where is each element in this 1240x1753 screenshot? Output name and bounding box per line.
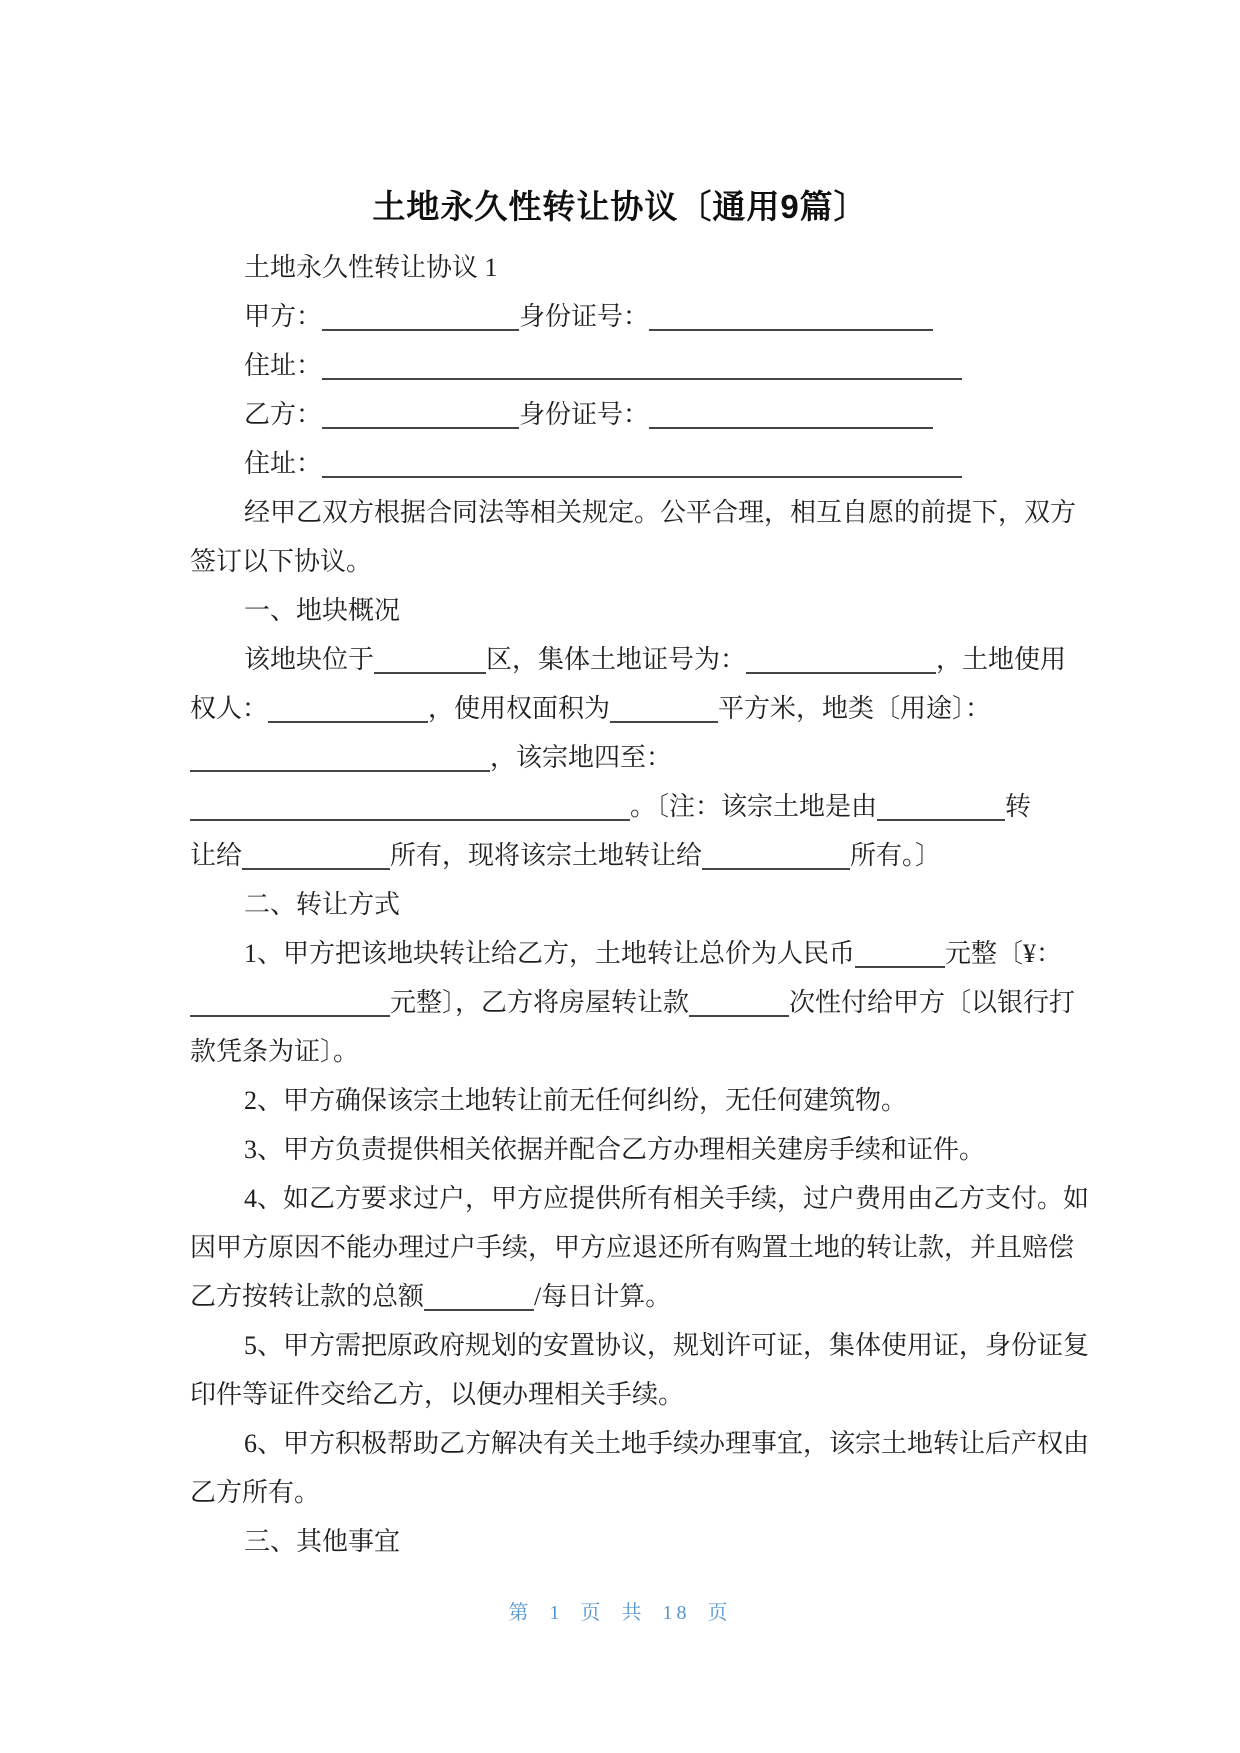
document-page: 土地永久性转让协议〔通用9篇〕 土地永久性转让协议 1甲方：身份证号：住址：乙方… bbox=[0, 0, 1240, 1753]
text-run: 签订以下协议。 bbox=[190, 547, 372, 576]
blank-field bbox=[190, 1009, 390, 1017]
blank-field bbox=[610, 715, 718, 723]
text-run: 身份证号： bbox=[519, 302, 649, 331]
document-line: 1、甲方把该地块转让给乙方，土地转让总价为人民币元整〔¥： bbox=[190, 929, 1090, 978]
document-line: 三、其他事宜 bbox=[190, 1517, 1090, 1566]
document-line: 乙方所有。 bbox=[190, 1468, 1090, 1517]
text-run: 转 bbox=[1005, 792, 1031, 821]
text-run: ，土地使用 bbox=[936, 645, 1066, 674]
document-line: 权人：，使用权面积为平方米，地类〔用途〕： bbox=[190, 684, 1090, 733]
text-run: 该地块位于 bbox=[244, 645, 374, 674]
blank-field bbox=[242, 862, 390, 870]
text-run: 经甲乙双方根据合同法等相关规定。公平合理，相互自愿的前提下，双方 bbox=[244, 498, 1076, 527]
text-run: 3、甲方负责提供相关依据并配合乙方办理相关建房手续和证件。 bbox=[244, 1135, 985, 1164]
document-line: 二、转让方式 bbox=[190, 880, 1090, 929]
text-run: 所有。〕 bbox=[850, 841, 941, 870]
text-run: 款凭条为证〕。 bbox=[190, 1037, 359, 1066]
blank-field bbox=[322, 470, 962, 478]
document-line: 甲方：身份证号： bbox=[190, 292, 1090, 341]
text-run: 一、地块概况 bbox=[244, 596, 400, 625]
blank-field bbox=[268, 715, 428, 723]
text-run: 让给 bbox=[190, 841, 242, 870]
document-line: 5、甲方需把原政府规划的安置协议，规划许可证，集体使用证，身份证复 bbox=[190, 1321, 1090, 1370]
document-line: 让给所有，现将该宗土地转让给所有。〕 bbox=[190, 831, 1090, 880]
text-run: 1、甲方把该地块转让给乙方，土地转让总价为人民币 bbox=[244, 939, 855, 968]
blank-field bbox=[322, 323, 519, 331]
blank-field bbox=[877, 813, 1005, 821]
document-line: 3、甲方负责提供相关依据并配合乙方办理相关建房手续和证件。 bbox=[190, 1125, 1090, 1174]
text-run: 。〔注：该宗土地是由 bbox=[630, 792, 877, 821]
blank-field bbox=[649, 323, 933, 331]
document-line: 乙方：身份证号： bbox=[190, 390, 1090, 439]
document-line: 元整〕，乙方将房屋转让款次性付给甲方〔以银行打 bbox=[190, 978, 1090, 1027]
blank-field bbox=[322, 421, 519, 429]
text-run: 乙方所有。 bbox=[190, 1478, 320, 1507]
document-line: 款凭条为证〕。 bbox=[190, 1027, 1090, 1076]
text-run: 因甲方原因不能办理过户手续，甲方应退还所有购置土地的转让款，并且赔偿 bbox=[190, 1233, 1074, 1262]
text-run: 权人： bbox=[190, 694, 268, 723]
text-run: 6、甲方积极帮助乙方解决有关土地手续办理事宜，该宗土地转让后产权由 bbox=[244, 1429, 1089, 1458]
text-run: 住址： bbox=[244, 449, 322, 478]
text-run: 所有，现将该宗土地转让给 bbox=[390, 841, 702, 870]
document-line: ，该宗地四至： bbox=[190, 733, 1090, 782]
blank-field bbox=[374, 666, 486, 674]
text-run: 身份证号： bbox=[519, 400, 649, 429]
text-run: 5、甲方需把原政府规划的安置协议，规划许可证，集体使用证，身份证复 bbox=[244, 1331, 1089, 1360]
document-line: 4、如乙方要求过户，甲方应提供所有相关手续，过户费用由乙方支付。如 bbox=[190, 1174, 1090, 1223]
document-line: 印件等证件交给乙方，以便办理相关手续。 bbox=[190, 1370, 1090, 1419]
text-run: ，该宗地四至： bbox=[490, 743, 672, 772]
text-run: 元整〔¥： bbox=[945, 939, 1062, 968]
document-title: 土地永久性转让协议〔通用9篇〕 bbox=[0, 188, 1240, 226]
blank-field bbox=[190, 764, 490, 772]
text-run: ，使用权面积为 bbox=[428, 694, 610, 723]
document-line: 。〔注：该宗土地是由转 bbox=[190, 782, 1090, 831]
text-run: 甲方： bbox=[244, 302, 322, 331]
blank-field bbox=[190, 813, 630, 821]
text-run: 2、甲方确保该宗土地转让前无任何纠纷，无任何建筑物。 bbox=[244, 1086, 907, 1115]
blank-field bbox=[746, 666, 936, 674]
document-body: 土地永久性转让协议 1甲方：身份证号：住址：乙方：身份证号：住址：经甲乙双方根据… bbox=[190, 243, 1090, 1566]
text-run: 元整〕，乙方将房屋转让款 bbox=[390, 988, 689, 1017]
document-line: 乙方按转让款的总额/每日计算。 bbox=[190, 1272, 1090, 1321]
blank-field bbox=[424, 1303, 534, 1311]
text-run: 乙方按转让款的总额 bbox=[190, 1282, 424, 1311]
document-line: 2、甲方确保该宗土地转让前无任何纠纷，无任何建筑物。 bbox=[190, 1076, 1090, 1125]
text-run: 平方米，地类〔用途〕： bbox=[718, 694, 991, 723]
blank-field bbox=[855, 960, 945, 968]
text-run: 三、其他事宜 bbox=[244, 1527, 400, 1556]
text-run: 土地永久性转让协议 1 bbox=[244, 253, 498, 282]
blank-field bbox=[322, 372, 962, 380]
text-run: 乙方： bbox=[244, 400, 322, 429]
document-line: 经甲乙双方根据合同法等相关规定。公平合理，相互自愿的前提下，双方 bbox=[190, 488, 1090, 537]
document-line: 签订以下协议。 bbox=[190, 537, 1090, 586]
text-run: 印件等证件交给乙方，以便办理相关手续。 bbox=[190, 1380, 684, 1409]
blank-field bbox=[702, 862, 850, 870]
document-line: 一、地块概况 bbox=[190, 586, 1090, 635]
document-line: 土地永久性转让协议 1 bbox=[190, 243, 1090, 292]
document-line: 住址： bbox=[190, 439, 1090, 488]
document-line: 因甲方原因不能办理过户手续，甲方应退还所有购置土地的转让款，并且赔偿 bbox=[190, 1223, 1090, 1272]
document-line: 6、甲方积极帮助乙方解决有关土地手续办理事宜，该宗土地转让后产权由 bbox=[190, 1419, 1090, 1468]
text-run: 住址： bbox=[244, 351, 322, 380]
text-run: /每日计算。 bbox=[534, 1282, 671, 1311]
text-run: 区，集体土地证号为： bbox=[486, 645, 746, 674]
blank-field bbox=[649, 421, 933, 429]
document-line: 住址： bbox=[190, 341, 1090, 390]
text-run: 次性付给甲方〔以银行打 bbox=[789, 988, 1075, 1017]
blank-field bbox=[689, 1009, 789, 1017]
document-line: 该地块位于区，集体土地证号为：，土地使用 bbox=[190, 635, 1090, 684]
text-run: 二、转让方式 bbox=[244, 890, 400, 919]
text-run: 4、如乙方要求过户，甲方应提供所有相关手续，过户费用由乙方支付。如 bbox=[244, 1184, 1089, 1213]
page-number-footer: 第 1 页 共 18 页 bbox=[0, 1598, 1240, 1628]
